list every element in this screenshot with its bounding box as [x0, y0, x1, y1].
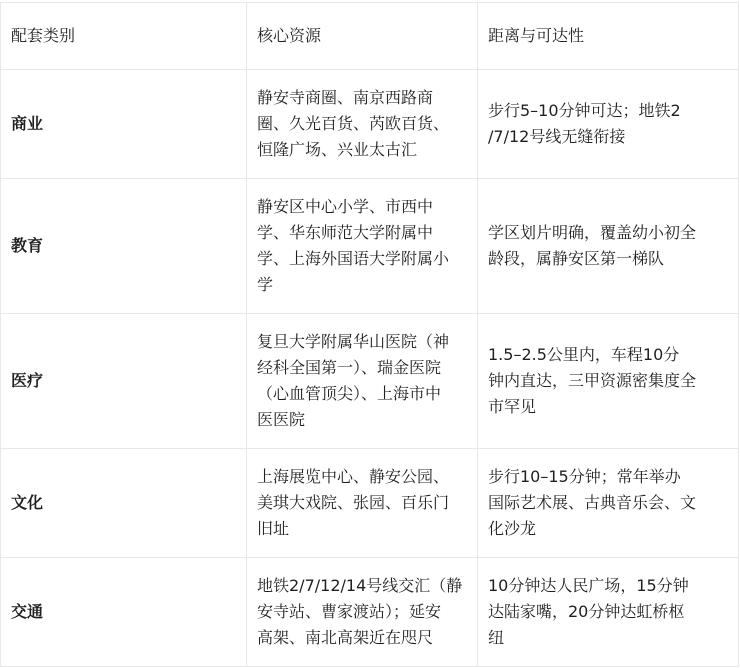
table-row-medical: 医疗 复旦大学附属华山医院（神 经科全国第一）、瑞金医院 （心血管顶尖）、上海市…	[1, 314, 739, 449]
row-label-commercial: 商业	[1, 70, 247, 179]
row-label-medical: 医疗	[1, 314, 247, 449]
table-row-culture: 文化 上海展览中心、静安公园、 美琪大戏院、张园、百乐门 旧址 步行10–15分…	[1, 449, 739, 558]
row-label-transport: 交通	[1, 558, 247, 667]
header-row: 配套类别 核心资源 距离与可达性	[1, 3, 739, 70]
cell-transport-distance: 10分钟达人民广场，15分钟 达陆家嘴，20分钟达虹桥枢 纽	[478, 558, 739, 667]
row-label-education: 教育	[1, 179, 247, 314]
cell-commercial-distance: 步行5–10分钟可达；地铁2 /7/12号线无缝衔接	[478, 70, 739, 179]
table-row-commercial: 商业 静安寺商圈、南京西路商 圈、久光百货、芮欧百货、 恒隆广场、兴业太古汇 步…	[1, 70, 739, 179]
cell-education-distance: 学区划片明确，覆盖幼小初全 龄段，属静安区第一梯队	[478, 179, 739, 314]
cell-medical-distance: 1.5–2.5公里内，车程10分 钟内直达，三甲资源密集度全 市罕见	[478, 314, 739, 449]
cell-culture-distance: 步行10–15分钟；常年举办 国际艺术展、古典音乐会、文 化沙龙	[478, 449, 739, 558]
cell-culture-resources: 上海展览中心、静安公园、 美琪大戏院、张园、百乐门 旧址	[247, 449, 478, 558]
table-row-transport: 交通 地铁2/7/12/14号线交汇（静 安寺站、曹家渡站）；延安 高架、南北高…	[1, 558, 739, 667]
cell-commercial-resources: 静安寺商圈、南京西路商 圈、久光百货、芮欧百货、 恒隆广场、兴业太古汇	[247, 70, 478, 179]
page: 配套类别 核心资源 距离与可达性 商业 静安寺商圈、南京西路商 圈、久光百货、芮…	[0, 0, 740, 668]
column-header-distance: 距离与可达性	[478, 3, 739, 70]
column-header-category: 配套类别	[1, 3, 247, 70]
cell-education-resources: 静安区中心小学、市西中 学、华东师范大学附属中 学、上海外国语大学附属小 学	[247, 179, 478, 314]
column-header-resources: 核心资源	[247, 3, 478, 70]
amenities-table: 配套类别 核心资源 距离与可达性 商业 静安寺商圈、南京西路商 圈、久光百货、芮…	[0, 2, 739, 667]
row-label-culture: 文化	[1, 449, 247, 558]
cell-medical-resources: 复旦大学附属华山医院（神 经科全国第一）、瑞金医院 （心血管顶尖）、上海市中 医…	[247, 314, 478, 449]
table-row-education: 教育 静安区中心小学、市西中 学、华东师范大学附属中 学、上海外国语大学附属小 …	[1, 179, 739, 314]
cell-transport-resources: 地铁2/7/12/14号线交汇（静 安寺站、曹家渡站）；延安 高架、南北高架近在…	[247, 558, 478, 667]
